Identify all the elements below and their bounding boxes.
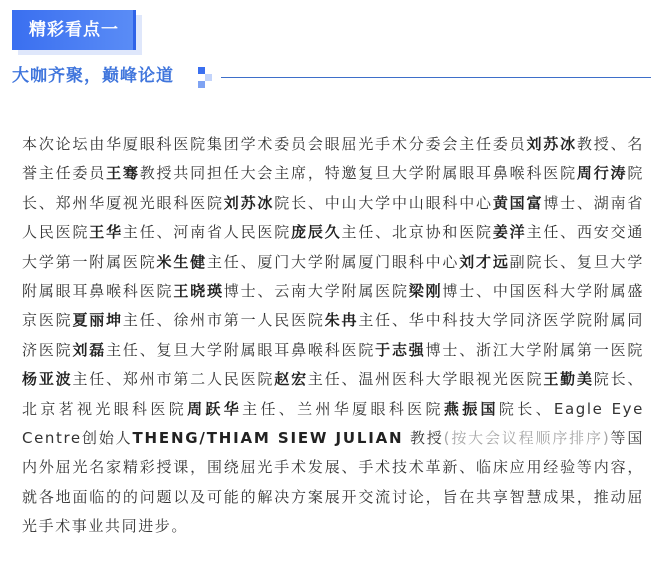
article-text: 本次论坛由华厦眼科医院集团学术委员会眼屈光手术分委会主任委员 — [22, 135, 526, 153]
speaker-name: 王骞 — [106, 164, 140, 182]
article-text: 主任、郑州市第二人民医院 — [72, 370, 274, 388]
speaker-name: 黄国富 — [493, 194, 543, 212]
speaker-name: THENG/THIAM SIEW JULIAN — [133, 429, 404, 447]
speaker-name: 庞辰久 — [291, 223, 341, 241]
speaker-name: 周跃华 — [187, 400, 242, 418]
article-text: 院长、中山大学中山眼科中心 — [274, 194, 493, 212]
article-paragraph: 本次论坛由华厦眼科医院集团学术委员会眼屈光手术分委会主任委员刘苏冰教授、名誉主任… — [22, 130, 644, 542]
section-badge: 精彩看点一 — [12, 10, 140, 54]
speaker-name: 梁刚 — [409, 282, 443, 300]
article-text: 教授 — [403, 429, 443, 447]
article-text: 博士、云南大学附属医院 — [224, 282, 409, 300]
article-text: 教授共同担任大会主席，特邀复旦大学附属眼耳鼻喉科医院 — [140, 164, 577, 182]
article-text: 博士、浙江大学附属第一医院 — [426, 341, 644, 359]
speaker-name: 杨亚波 — [22, 370, 72, 388]
article-text: 主任、北京协和医院 — [342, 223, 493, 241]
speaker-name: 刘苏冰 — [224, 194, 274, 212]
article-text: 主任、徐州市第一人民医院 — [123, 311, 325, 329]
speaker-name: 刘磊 — [72, 341, 106, 359]
speaker-name: 赵宏 — [274, 370, 308, 388]
article-text: 主任、厦门大学附属厦门眼科中心 — [207, 253, 459, 271]
article-text: 主任、兰州华厦眼科医院 — [242, 400, 444, 418]
speaker-name: 米生健 — [157, 253, 207, 271]
speaker-name: 姜洋 — [493, 223, 527, 241]
speaker-name: 于志强 — [375, 341, 425, 359]
article-text: 主任、河南省人民医院 — [123, 223, 291, 241]
speaker-name: 刘才远 — [459, 253, 509, 271]
speaker-name: 朱冉 — [325, 311, 359, 329]
speaker-name: 王勤美 — [543, 370, 593, 388]
article-text: 主任、复旦大学附属眼耳鼻喉科医院 — [106, 341, 375, 359]
ordering-note: (按大会议程顺序排序) — [444, 429, 611, 447]
divider-line — [221, 77, 651, 78]
decorative-squares-icon — [198, 67, 214, 87]
speaker-name: 夏丽坤 — [72, 311, 122, 329]
article-text: 主任、温州医科大学眼视光医院 — [308, 370, 543, 388]
speaker-name: 王晓瑛 — [173, 282, 223, 300]
speaker-name: 刘苏冰 — [526, 135, 576, 153]
speaker-name: 周行涛 — [577, 164, 627, 182]
speaker-name: 燕振国 — [444, 400, 499, 418]
subtitle-row: 大咖齐聚，巅峰论道 — [12, 63, 642, 89]
section-subtitle: 大咖齐聚，巅峰论道 — [12, 63, 174, 89]
speaker-name: 王华 — [89, 223, 123, 241]
section-badge-label: 精彩看点一 — [12, 10, 136, 50]
